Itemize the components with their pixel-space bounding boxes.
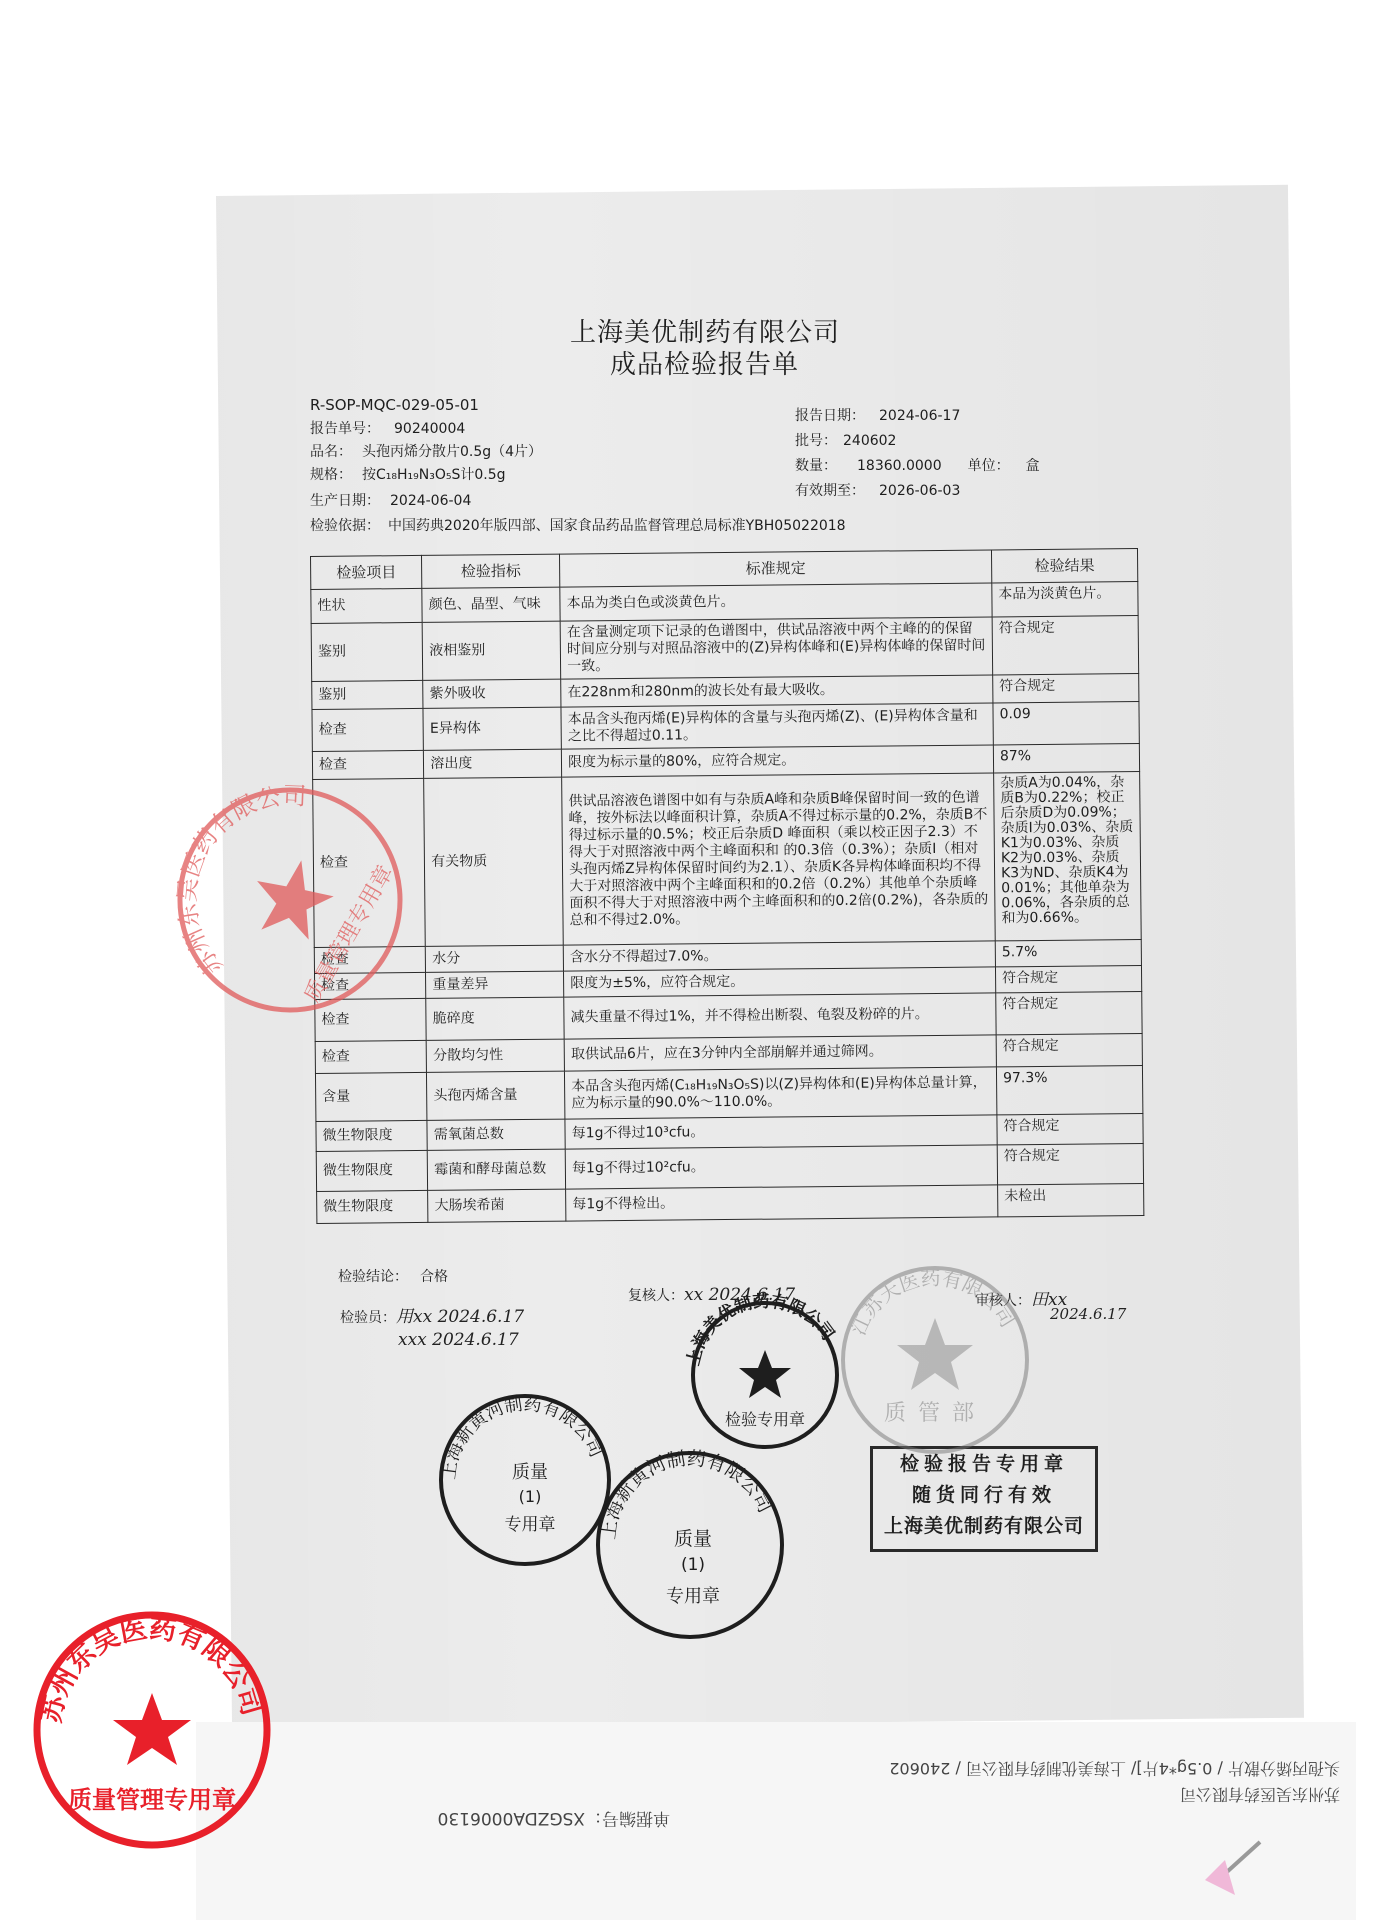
black-inspection-seal: 上海美优制药有限公司 检验专用章 bbox=[683, 1291, 838, 1447]
grey-quality-dept-seal: 江苏天医药有限公司 质管部 bbox=[843, 1266, 1027, 1452]
svg-text:上海美优制药有限公司: 上海美优制药有限公司 bbox=[683, 1291, 838, 1368]
red-seal-bottom: 苏州东吴医药有限公司 质量管理专用章 bbox=[36, 1613, 267, 1845]
receipt-upside-down-text: 苏州东吴医药有限公司 头孢丙烯分散片 / 0.5g*4片]/ 上海美优制药有限公… bbox=[600, 1755, 1340, 1807]
bill-number: 单据编号：XSGZDA0006130 bbox=[350, 1808, 670, 1833]
svg-text:质量管理专用章: 质量管理专用章 bbox=[68, 1786, 236, 1814]
svg-text:质量: 质量 bbox=[674, 1528, 712, 1550]
red-seal-top: 苏州东吴医药有限公司 质量管理专用章 bbox=[132, 746, 440, 1052]
svg-text:专用章: 专用章 bbox=[666, 1586, 720, 1607]
svg-text:质量管理专用章: 质量管理专用章 bbox=[300, 861, 399, 1007]
svg-text:专用章: 专用章 bbox=[505, 1514, 556, 1535]
seal-layer: 苏州东吴医药有限公司 质量管理专用章 苏州东吴医药有限公司 质量管理专用章 上海… bbox=[0, 0, 1396, 1920]
svg-text:检验专用章: 检验专用章 bbox=[725, 1410, 805, 1429]
svg-text:质量: 质量 bbox=[512, 1462, 548, 1483]
svg-text:(1): (1) bbox=[681, 1555, 705, 1575]
svg-text:质管部: 质管部 bbox=[884, 1401, 986, 1426]
pushpin-icon bbox=[1205, 1842, 1260, 1895]
svg-text:上海新黄河制药有限公司: 上海新黄河制药有限公司 bbox=[598, 1448, 777, 1541]
black-quality-seal-1: 上海新黄河制药有限公司 质量 (1) 专用章 bbox=[439, 1394, 609, 1564]
black-quality-seal-2: 上海新黄河制药有限公司 质量 (1) 专用章 bbox=[598, 1448, 782, 1637]
svg-text:(1): (1) bbox=[519, 1487, 542, 1506]
svg-text:苏州东吴医药有限公司: 苏州东吴医药有限公司 bbox=[132, 746, 326, 986]
